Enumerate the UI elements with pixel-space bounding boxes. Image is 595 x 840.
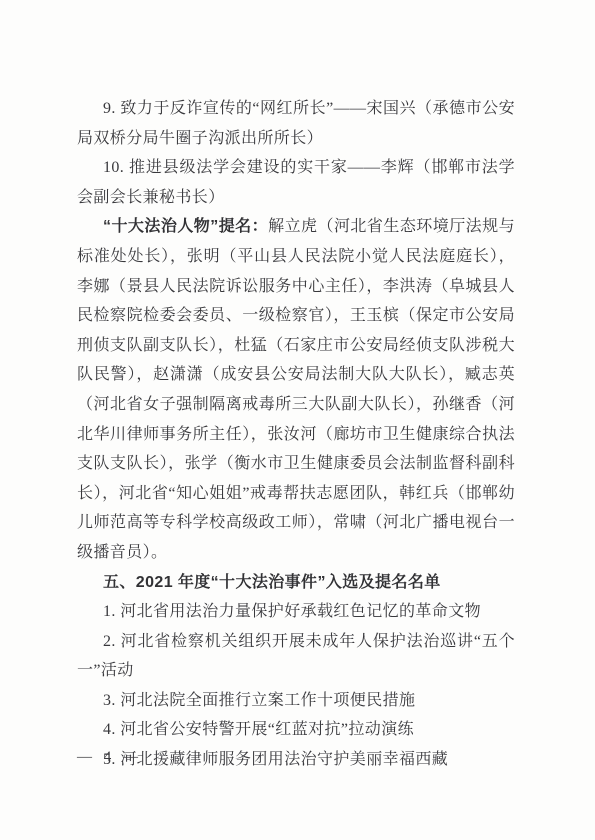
nomination-body-text: 解立虎（河北省生态环境厅法规与标准处处长），张明（平山县人民法院小觉人民法庭庭长… [77,218,515,561]
page-number: — 4 — [77,746,139,768]
nomination-lead-label: “十大法治人物”提名： [103,218,268,235]
document-page: 9. 致力于反诈宣传的“网红所长”——宋国兴（承德市公安局双桥分局牛圈子沟派出所… [0,0,595,840]
event-item-3: 3. 河北法院全面推行立案工作十项便民措施 [77,686,515,716]
event-item-2: 2. 河北省检察机关组织开展未成年人保护法治巡讲“五个一”活动 [77,627,515,686]
document-body: 9. 致力于反诈宣传的“网红所长”——宋国兴（承德市公安局双桥分局牛圈子沟派出所… [77,94,515,775]
paragraph-nomination: “十大法治人物”提名：解立虎（河北省生态环境厅法规与标准处处长），张明（平山县人… [77,212,515,567]
event-item-4: 4. 河北省公安特警开展“红蓝对抗”拉动演练 [77,715,515,745]
event-item-1: 1. 河北省用法治力量保护好承载红色记忆的革命文物 [77,597,515,627]
paragraph-person-item-9: 9. 致力于反诈宣传的“网红所长”——宋国兴（承德市公安局双桥分局牛圈子沟派出所… [77,94,515,153]
section-heading: 五、2021 年度“十大法治事件”入选及提名名单 [77,568,515,598]
event-item-5: 5. 河北援藏律师服务团用法治守护美丽幸福西藏 [77,745,515,775]
paragraph-person-item-10: 10. 推进县级法学会建设的实干家——李辉（邯郸市法学会副会长兼秘书长） [77,153,515,212]
